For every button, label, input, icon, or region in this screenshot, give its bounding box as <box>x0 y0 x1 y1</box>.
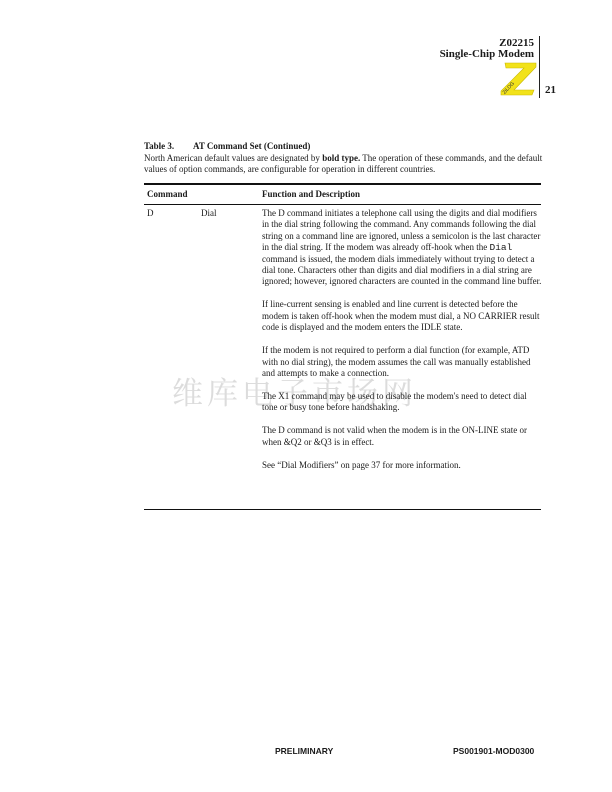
zilog-logo-icon: ZiLOG <box>497 62 537 96</box>
table-caption: Table 3.AT Command Set (Continued) North… <box>144 141 544 176</box>
table-title: AT Command Set (Continued) <box>193 141 310 151</box>
paragraph-text: command is issued, the modem dials immed… <box>262 254 541 287</box>
description-paragraph: See “Dial Modifiers” on page 37 for more… <box>262 460 544 471</box>
header-divider <box>539 36 540 98</box>
description-paragraph: The D command initiates a telephone call… <box>262 208 544 288</box>
table-label: Table 3. <box>144 141 193 153</box>
table-header-rule <box>144 204 541 205</box>
code-text: Dial <box>490 242 513 253</box>
footer-doc-id: PS001901-MOD0300 <box>453 746 534 756</box>
header-subtitle: Single-Chip Modem <box>440 48 534 61</box>
description-cell: The D command initiates a telephone call… <box>262 208 544 483</box>
page-number: 21 <box>545 84 556 96</box>
note-text: North American default values are design… <box>144 153 322 163</box>
table-note: North American default values are design… <box>144 153 544 176</box>
note-bold: bold type. <box>322 153 360 163</box>
description-paragraph: The X1 command may be used to disable th… <box>262 391 544 414</box>
column-header-function: Function and Description <box>262 189 360 199</box>
description-paragraph: If the modem is not required to perform … <box>262 345 544 379</box>
command-name-cell: Dial <box>201 208 217 219</box>
footer-status: PRELIMINARY <box>275 746 333 756</box>
table-top-rule <box>144 183 541 185</box>
column-header-command: Command <box>147 189 188 199</box>
command-cell: D <box>147 208 154 219</box>
table-bottom-rule <box>144 509 541 510</box>
description-paragraph: The D command is not valid when the mode… <box>262 425 544 448</box>
description-paragraph: If line-current sensing is enabled and l… <box>262 299 544 333</box>
